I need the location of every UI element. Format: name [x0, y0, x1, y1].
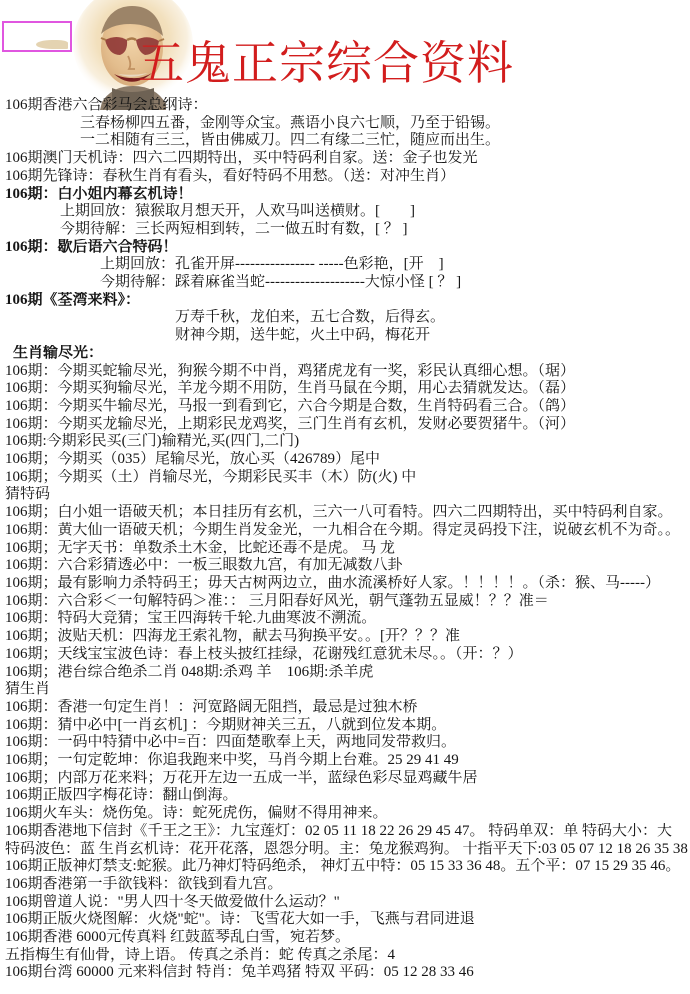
- text-line: 106期正版神灯禁支:蛇猴。此乃神灯特码绝杀， 神灯五中特：05 15 33 3…: [5, 858, 690, 876]
- text-line: 106期；今期买（土）肖输尽光，今期彩民买丰（木）防(火) 中: [5, 469, 690, 487]
- text-line: 106期；内部万花来料；万花开左边一五成一半，蓝绿色彩尽显鸡藏牛居: [5, 770, 690, 788]
- text-line: 106期先锋诗：春秋生肖有看头，看好特码不用愁。（送：对冲生肖）: [5, 168, 690, 186]
- text-line: 上期回放：孔雀开屏---------------- -----色彩艳，[开 ]: [5, 256, 690, 274]
- page-title: 五鬼正宗综合资料: [138, 40, 514, 88]
- page: { "page": { "title": "五鬼正宗综合资料", "title_…: [0, 0, 690, 994]
- text-line: 106期：六合彩猜透必中：一板三眼数九宫，有加无减数八卦: [5, 557, 690, 575]
- header: 五鬼正宗综合资料: [0, 0, 690, 110]
- text-line: 今期待解：三长两短相到转，二一做五时有数，[ ？ ]: [5, 221, 690, 239]
- text-line: 猜特码: [5, 486, 690, 504]
- text-line: 106期台湾 60000 元来料信封 特肖：兔羊鸡猪 特双 平码：05 12 2…: [5, 964, 690, 982]
- text-line: 106期：歇后语六合特码！: [5, 239, 690, 257]
- text-line: 一二相随有三三，皆由佛威刀。四二有缘二三忙，随应而出生。: [5, 132, 690, 150]
- content-lines: 106期香港六合彩马会总纲诗：三春杨柳四五番，金刚等众宝。燕语小良六七顺，乃至于…: [5, 97, 690, 982]
- text-line: 上期回放：猿猴取月想天开，人欢马叫送横财。[ ]: [5, 203, 690, 221]
- text-line: 106期；波贴天机：四海龙王索礼物，献去马狗换平安。。[开？？？准: [5, 628, 690, 646]
- text-line: 106期：六合彩＜一句解特码＞准：： 三月阳春好风光，朝气蓬勃五显威！？？准＝: [5, 593, 690, 611]
- text-line: 106期：一码中特猜中必中=百：四面楚歌奉上天，两地同发带救归。: [5, 734, 690, 752]
- text-line: 106期；港台综合绝杀二肖 048期:杀鸡 羊 106期:杀羊虎: [5, 664, 690, 682]
- text-line: 万寿千秋，龙伯来，五七合数，后得玄。: [5, 309, 690, 327]
- text-line: 106期；天线宝宝波色诗：春上枝头披红挂绿，花谢残红意犹未尽。。（开：？）: [5, 646, 690, 664]
- text-line: 106期；一句定乾坤：你追我跑来中奖，马肖今期上台难。25 29 41 49: [5, 752, 690, 770]
- text-line: 106期香港第一手欲钱料：欲钱到看九宫。: [5, 876, 690, 894]
- text-line: 106期正版四字梅花诗：翻山倒海。: [5, 787, 690, 805]
- text-line: 106期曾道人说："男人四十冬天做爱做什么运动？": [5, 894, 690, 912]
- text-line: 106期；今期买（035）尾输尽光，放心买（426789）尾中: [5, 451, 690, 469]
- text-line: 106期：今期买狗输尽光，羊龙今期不用防，生肖马鼠在今期，用心去猜就发达。（磊）: [5, 380, 690, 398]
- text-line: 特码波色：蓝 生肖玄机诗：花开花落，恩怨分明。主：兔龙猴鸡狗。 十指平天下:03…: [5, 841, 690, 859]
- text-line: 106期：香港一句定生肖！：河宽路阔无阻挡，最忌是过独木桥: [5, 699, 690, 717]
- text-line: 106期：今期买蛇输尽光，狗猴今期不中肖，鸡猪虎龙有一奖，彩民认真细心想。（琚）: [5, 363, 690, 381]
- text-line: 106期：今期买牛输尽光，马报一到看到它，六合今期是合数，生肖特码看三合。（鸽）: [5, 398, 690, 416]
- text-line: 生肖输尽光：: [5, 345, 690, 363]
- text-line: 106期火车头：烧伤兔。诗：蛇死虎伤，偏财不得用神来。: [5, 805, 690, 823]
- text-line: 猜生肖: [5, 681, 690, 699]
- text-line: 106期；最有影响力杀特码王；毋天古树两边立，曲水流溪桥好人家。！！！！。（杀：…: [5, 575, 690, 593]
- text-line: 五指梅生有仙骨，诗上语。 传真之杀肖：蛇 传真之杀尾：4: [5, 947, 690, 965]
- text-line: 106期正版火烧图解：火烧"蛇"。诗：飞雪花大如一手，飞燕与君同进退: [5, 911, 690, 929]
- text-line: 今期待解：踩着麻雀当蛇--------------------大惊小怪 [ ？ …: [5, 274, 690, 292]
- text-line: 106期：猜中必中[一肖玄机] ：今期财神关三五，八就到位发本期。: [5, 717, 690, 735]
- text-line: 106期香港六合彩马会总纲诗：: [5, 97, 690, 115]
- text-line: 106期：特码大竞猜；宝王四海转千轮.九曲寒波不溯流。: [5, 610, 690, 628]
- text-line: 三春杨柳四五番，金刚等众宝。燕语小良六七顺，乃至于铅锡。: [5, 115, 690, 133]
- text-line: 106期；无字天书：单数杀土木金，比蛇还毒不是虎。 马 龙: [5, 540, 690, 558]
- text-line: 106期香港地下信封《千王之王》：九宝莲灯：02 05 11 18 22 26 …: [5, 823, 690, 841]
- text-line: 106期:今期彩民买(三门)输精光,买(四门,二门): [5, 433, 690, 451]
- text-line: 106期《荃湾来料》：: [5, 292, 690, 310]
- text-line: 106期：黄大仙一语破天机；今期生肖发金光，一九相合在今期。得定灵码投下注，说破…: [5, 522, 690, 540]
- corner-decor-box: [2, 21, 72, 52]
- text-line: 106期香港 6000元传真料 红鼓蓝琴乱白雪，宛若梦。: [5, 929, 690, 947]
- text-line: 财神今期，送牛蛇，火土中码，梅花开: [5, 327, 690, 345]
- text-line: 106期：白小姐内幕玄机诗！: [5, 186, 690, 204]
- text-line: 106期：今期买龙输尽光，上期彩民龙鸡奖，三门生肖有玄机，发财必要贺猪牛。（河）: [5, 416, 690, 434]
- text-line: 106期；白小姐一语破天机；本日挂历有玄机，三六一八可看特。四六二四期特出，买中…: [5, 504, 690, 522]
- text-line: 106期澳门天机诗：四六二四期特出，买中特码利自家。送：金子也发光: [5, 150, 690, 168]
- decor-smudge: [36, 40, 68, 49]
